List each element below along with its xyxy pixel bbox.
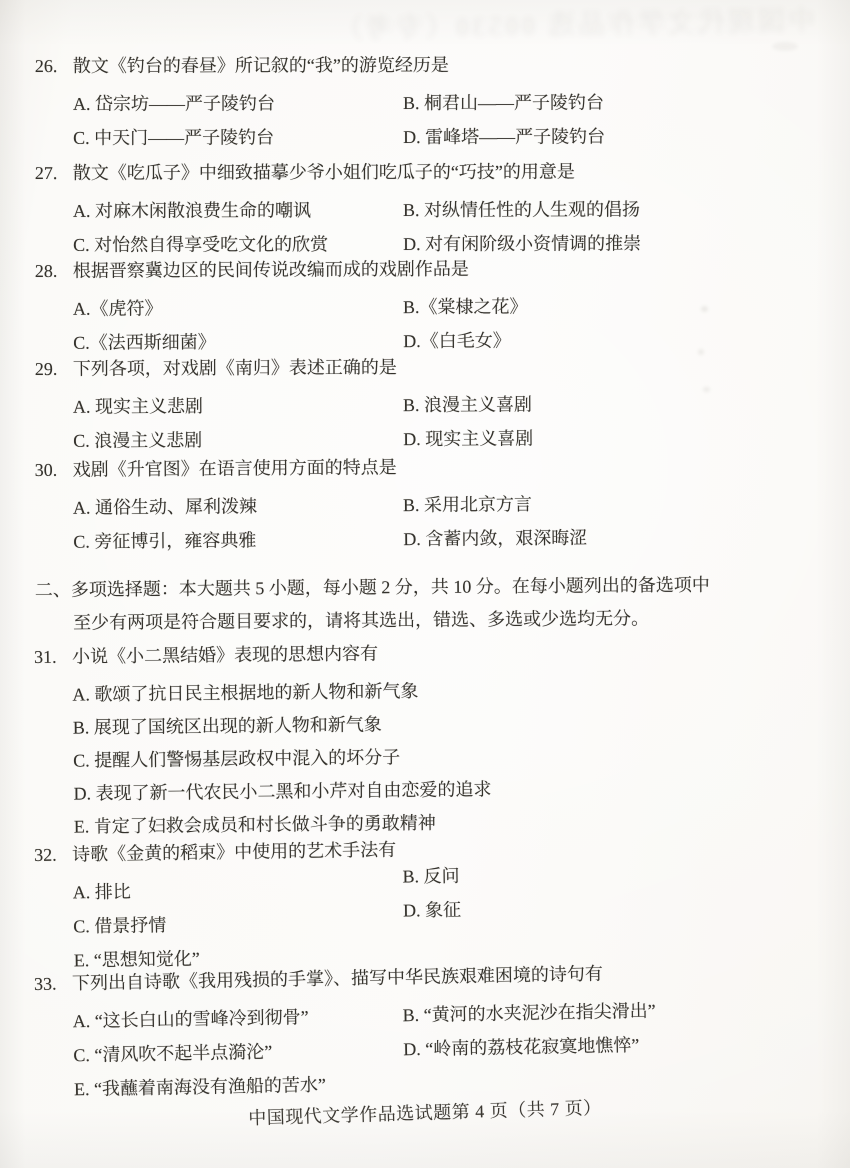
option-28-C: C.《法西斯细菌》: [73, 328, 403, 356]
option-30-C: C. 旁征博引，雍容典雅: [73, 526, 403, 555]
question-26-number: 26.: [35, 53, 73, 79]
scan-speck: [772, 42, 798, 51]
question-27: 27. 散文《吃瓜子》中细致描摹少爷小姐们吃瓜子的“巧技”的用意是 A. 对麻木…: [35, 158, 817, 258]
question-29: 29. 下列各项，对戏剧《南归》表述正确的是 A. 现实主义悲剧 B. 浪漫主义…: [35, 352, 818, 454]
question-29-stem: 下列各项，对戏剧《南归》表述正确的是: [73, 352, 817, 382]
question-32-number: 32.: [34, 841, 72, 868]
option-27-A: A. 对麻木闲散浪费生命的嘲讽: [73, 197, 403, 224]
option-33-D: D. “岭南的荔枝花寂寞地憔悴”: [403, 1029, 817, 1063]
section-2-line2: 至少有两项是符合题目要求的，请将其选出，错选、多选或少选均无分。: [35, 604, 817, 636]
option-30-A: A. 通俗生动、犀利泼辣: [73, 492, 403, 521]
option-26-A: A. 岱宗坊——严子陵钓台: [73, 90, 403, 117]
question-33-number: 33.: [34, 970, 72, 997]
question-27-stem: 散文《吃瓜子》中细致描摹少爷小姐们吃瓜子的“巧技”的用意是: [73, 158, 817, 186]
option-32-A: A. 排比: [73, 875, 403, 906]
question-31-number: 31.: [34, 644, 72, 670]
option-32-C: C. 借景抒情: [73, 909, 403, 940]
question-28-number: 28.: [35, 258, 73, 284]
option-26-D: D. 雷峰塔——严子陵钓台: [403, 123, 817, 150]
option-27-C: C. 对怡然自得享受吃文化的欣赏: [73, 231, 403, 258]
option-33-C: C. “清风吹不起半点漪沦”: [73, 1036, 403, 1068]
page-footer-text: 中国现代文学作品选试题第 4 页（共 7 页）: [248, 1098, 602, 1128]
question-32: 32. 诗歌《金黄的稻束》中使用的艺术手法有 A. 排比 B. 反问 C. 借景…: [34, 830, 818, 974]
option-28-D: D.《白毛女》: [403, 326, 817, 354]
question-26-stem: 散文《钓台的春昼》所记叙的“我”的游览经历是: [73, 51, 817, 79]
option-32-B: B. 反问: [402, 857, 816, 889]
question-28: 28. 根据晋察冀边区的民间传说改编而成的戏剧作品是 A.《虎符》 B.《棠棣之…: [35, 254, 818, 356]
option-31-A: A. 歌颂了抗日民主根据地的新人物和新气象: [72, 674, 816, 708]
option-33-B: B. “黄河的水夹泥沙在指尖滑出”: [402, 995, 816, 1029]
option-33-A: A. “这长白山的雪峰冷到彻骨”: [72, 1002, 402, 1034]
question-29-number: 29.: [35, 356, 73, 382]
exam-page-scan: 中国现代文学作品选 00530（专考） 26. 散文《钓台的春昼》所记叙的“我”…: [0, 0, 850, 1168]
bleedthrough-text: 中国现代文学作品选 00530（专考）: [215, 0, 816, 49]
option-29-A: A. 现实主义悲剧: [73, 392, 403, 420]
question-31-stem: 小说《小二黑结婚》表现的思想内容有: [72, 636, 816, 670]
option-30-B: B. 采用北京方言: [403, 489, 817, 518]
question-27-number: 27.: [35, 160, 73, 186]
question-30-stem: 戏剧《升官图》在语言使用方面的特点是: [73, 451, 817, 483]
option-29-C: C. 浪漫主义悲剧: [73, 426, 403, 454]
option-28-A: A.《虎符》: [73, 294, 403, 322]
option-32-D: D. 象征: [403, 891, 817, 923]
option-31-B: B. 展现了国统区出现的新人物和新气象: [73, 707, 817, 741]
question-30: 30. 戏剧《升官图》在语言使用方面的特点是 A. 通俗生动、犀利泼辣 B. 采…: [35, 451, 818, 555]
option-29-D: D. 现实主义喜剧: [403, 424, 817, 452]
question-31: 31. 小说《小二黑结婚》表现的思想内容有 A. 歌颂了抗日民主根据地的新人物和…: [34, 636, 818, 847]
option-26-C: C. 中天门——严子陵钓台: [73, 124, 403, 151]
option-31-D: D. 表现了新一代农民小二黑和小芹对自由恋爱的追求: [73, 773, 817, 807]
option-28-B: B.《棠棣之花》: [403, 292, 817, 320]
option-30-D: D. 含蓄内敛，艰深晦涩: [403, 523, 817, 552]
option-27-D: D. 对有闲阶级小资情调的推崇: [403, 230, 817, 257]
option-26-B: B. 桐君山——严子陵钓台: [403, 89, 817, 116]
option-31-C: C. 提醒人们警惕基层政权中混入的坏分子: [73, 740, 817, 774]
section-2-header: 二、多项选择题：本大题共 5 小题，每小题 2 分，共 10 分。在每小题列出的…: [35, 571, 817, 636]
question-26: 26. 散文《钓台的春昼》所记叙的“我”的游览经历是 A. 岱宗坊——严子陵钓台…: [35, 51, 817, 151]
option-27-B: B. 对纵情任性的人生观的倡扬: [403, 196, 817, 223]
section-2-line1: 二、多项选择题：本大题共 5 小题，每小题 2 分，共 10 分。在每小题列出的…: [35, 571, 817, 603]
option-29-B: B. 浪漫主义喜剧: [403, 390, 817, 418]
question-30-number: 30.: [35, 457, 73, 483]
question-33: 33. 下列出自诗歌《我用残损的手掌》、描写中华民族艰难困境的诗句有 A. “这…: [34, 957, 818, 1103]
question-28-stem: 根据晋察冀边区的民间传说改编而成的戏剧作品是: [73, 254, 817, 284]
